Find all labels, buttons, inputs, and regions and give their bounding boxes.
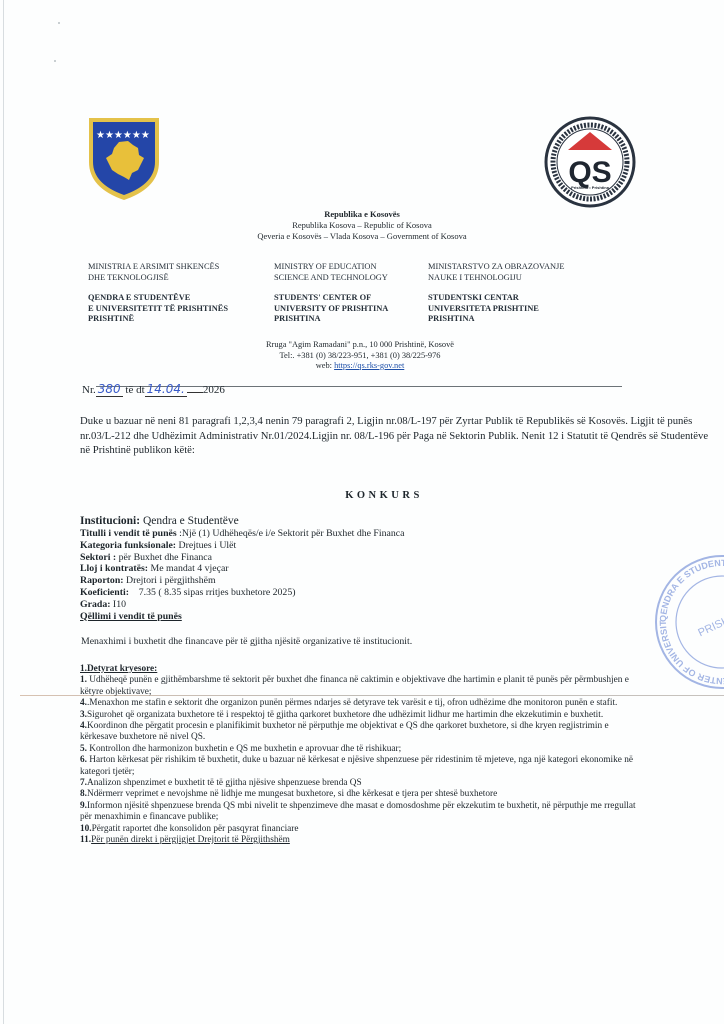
kosovo-coat-of-arms-icon: ★★★★★★ xyxy=(86,114,162,202)
duty-item: 4..Menaxhon me stafin e sektorit dhe org… xyxy=(80,698,640,709)
ministry-name: NAUKE I TEHNOLOGIJU xyxy=(428,273,564,284)
duty-item: 9.Informon njësitë shpenzuese brenda QS … xyxy=(80,801,640,824)
field-coefficient: Koeficienti: 7.35 ( 8.35 sipas rritjes b… xyxy=(80,587,640,599)
website-link[interactable]: https://qs.rks-gov.net xyxy=(334,361,404,370)
duty-item: 8.Ndërmerr veprimet e nevojshme në lidhj… xyxy=(80,789,640,800)
duty-item: 4.Koordinon dhe përgatit procesin e plan… xyxy=(80,721,640,744)
duty-item: 10.Përgatit raportet dhe konsolidon për … xyxy=(80,824,640,835)
field-reports-to: Raporton: Drejtori i përgjithshëm xyxy=(80,575,640,587)
svg-text:★★★★★★: ★★★★★★ xyxy=(96,130,150,141)
field-title: Titulli i vendit të punës :Një (1) Udhëh… xyxy=(80,528,640,540)
republic-line: Republika e Kosovës xyxy=(180,209,544,220)
ministry-name: SCIENCE AND TECHNOLOGY xyxy=(274,273,388,284)
document-page: ★★★★★★ QS Prishtina • Prishtina Republik… xyxy=(0,0,724,1024)
address-block: Rruga "Agim Ramadani" p.n., 10 000 Prish… xyxy=(200,340,520,372)
duty-item: 7.Analizon shpenzimet e buxhetit të të g… xyxy=(80,778,640,789)
official-stamp-icon: QENDRA E STUDENTËVE E UNIVERSITETIT · ST… xyxy=(652,552,724,692)
duties-heading: 1.Detyrat kryesore: xyxy=(80,664,640,675)
republic-header: Republika e Kosovës Republika Kosova – R… xyxy=(180,209,544,242)
purpose-heading: Qëllimi i vendit të punës xyxy=(80,611,640,623)
field-category: Kategoria funksionale: Drejtues i Ulët xyxy=(80,540,640,552)
ministry-name: MINISTARSTVO ZA OBRAZOVANJE xyxy=(428,262,564,273)
ministry-column-english: MINISTRY OF EDUCATION SCIENCE AND TECHNO… xyxy=(274,262,388,325)
ministry-name: MINISTRIA E ARSIMIT SHKENCËS xyxy=(88,262,228,273)
duty-item: 11.Për punën direkt i përgjigjet Drejtor… xyxy=(80,835,640,846)
svg-text:Prishtina • Prishtina: Prishtina • Prishtina xyxy=(571,185,610,190)
svg-text:PRISHT: PRISHT xyxy=(696,611,724,639)
handwritten-date: 14.04. xyxy=(145,382,187,397)
scan-speck xyxy=(58,22,60,24)
street-address: Rruga "Agim Ramadani" p.n., 10 000 Prish… xyxy=(200,340,520,351)
scan-edge xyxy=(3,0,4,1024)
telephone: Tel:. +381 (0) 38/223-951, +381 (0) 38/2… xyxy=(200,351,520,362)
republic-line: Qeveria e Kosovës – Vlada Kosova – Gover… xyxy=(180,231,544,242)
year: 2026 xyxy=(203,384,225,396)
purpose-text: Menaxhimi i buxhetit dhe financave për t… xyxy=(81,636,412,647)
duty-item: 5. Kontrollon dhe harmonizon buxhetin e … xyxy=(80,744,640,755)
ministry-name: DHE TEKNOLOGJISË xyxy=(88,273,228,284)
center-name: STUDENTS' CENTER OF UNIVERSITY OF PRISHT… xyxy=(274,293,388,325)
handwritten-number: 380 xyxy=(96,382,123,397)
reference-number: Nr.380 të dt14.04.2026 xyxy=(82,382,225,396)
qs-logo-icon: QS Prishtina • Prishtina xyxy=(544,116,636,208)
duty-item: 6. Harton kërkesat për rishikim të buxhe… xyxy=(80,755,640,778)
field-institution: Institucioni: Qendra e Studentëve xyxy=(80,514,640,528)
ministry-name: MINISTRY OF EDUCATION xyxy=(274,262,388,273)
ministry-column-serbian: MINISTARSTVO ZA OBRAZOVANJE NAUKE I TEHN… xyxy=(428,262,564,325)
document-title: KONKURS xyxy=(0,490,724,501)
field-sector: Sektori : për Buxhet dhe Financa xyxy=(80,552,640,564)
scan-speck xyxy=(54,60,56,62)
duty-item: 3.Sigurohet që organizata buxhetore të i… xyxy=(80,710,640,721)
ministry-column-albanian: MINISTRIA E ARSIMIT SHKENCËS DHE TEKNOLO… xyxy=(88,262,228,325)
center-name: QENDRA E STUDENTËVE E UNIVERSITETIT TË P… xyxy=(88,293,228,325)
field-grade: Grada: I10 xyxy=(80,599,640,611)
website-line: web: https://qs.rks-gov.net xyxy=(200,361,520,372)
job-details: Institucioni: Qendra e Studentëve Titull… xyxy=(80,514,640,622)
legal-preamble: Duke u bazuar në neni 81 paragrafi 1,2,3… xyxy=(80,414,710,458)
duty-item: 1. Udhëheqë punën e gjithëmbarshme të se… xyxy=(80,675,640,698)
field-contract: Lloj i kontratës: Me mandat 4 vjeçar xyxy=(80,563,640,575)
svg-text:QENDRA E STUDENTËVE E UNIVERSI: QENDRA E STUDENTËVE E UNIVERSITETIT · ST… xyxy=(652,552,724,686)
republic-line: Republika Kosova – Republic of Kosova xyxy=(180,220,544,231)
center-name: STUDENTSKI CENTAR UNIVERSITETA PRISHTINE… xyxy=(428,293,564,325)
duties-list: 1.Detyrat kryesore: 1. Udhëheqë punën e … xyxy=(80,664,640,847)
